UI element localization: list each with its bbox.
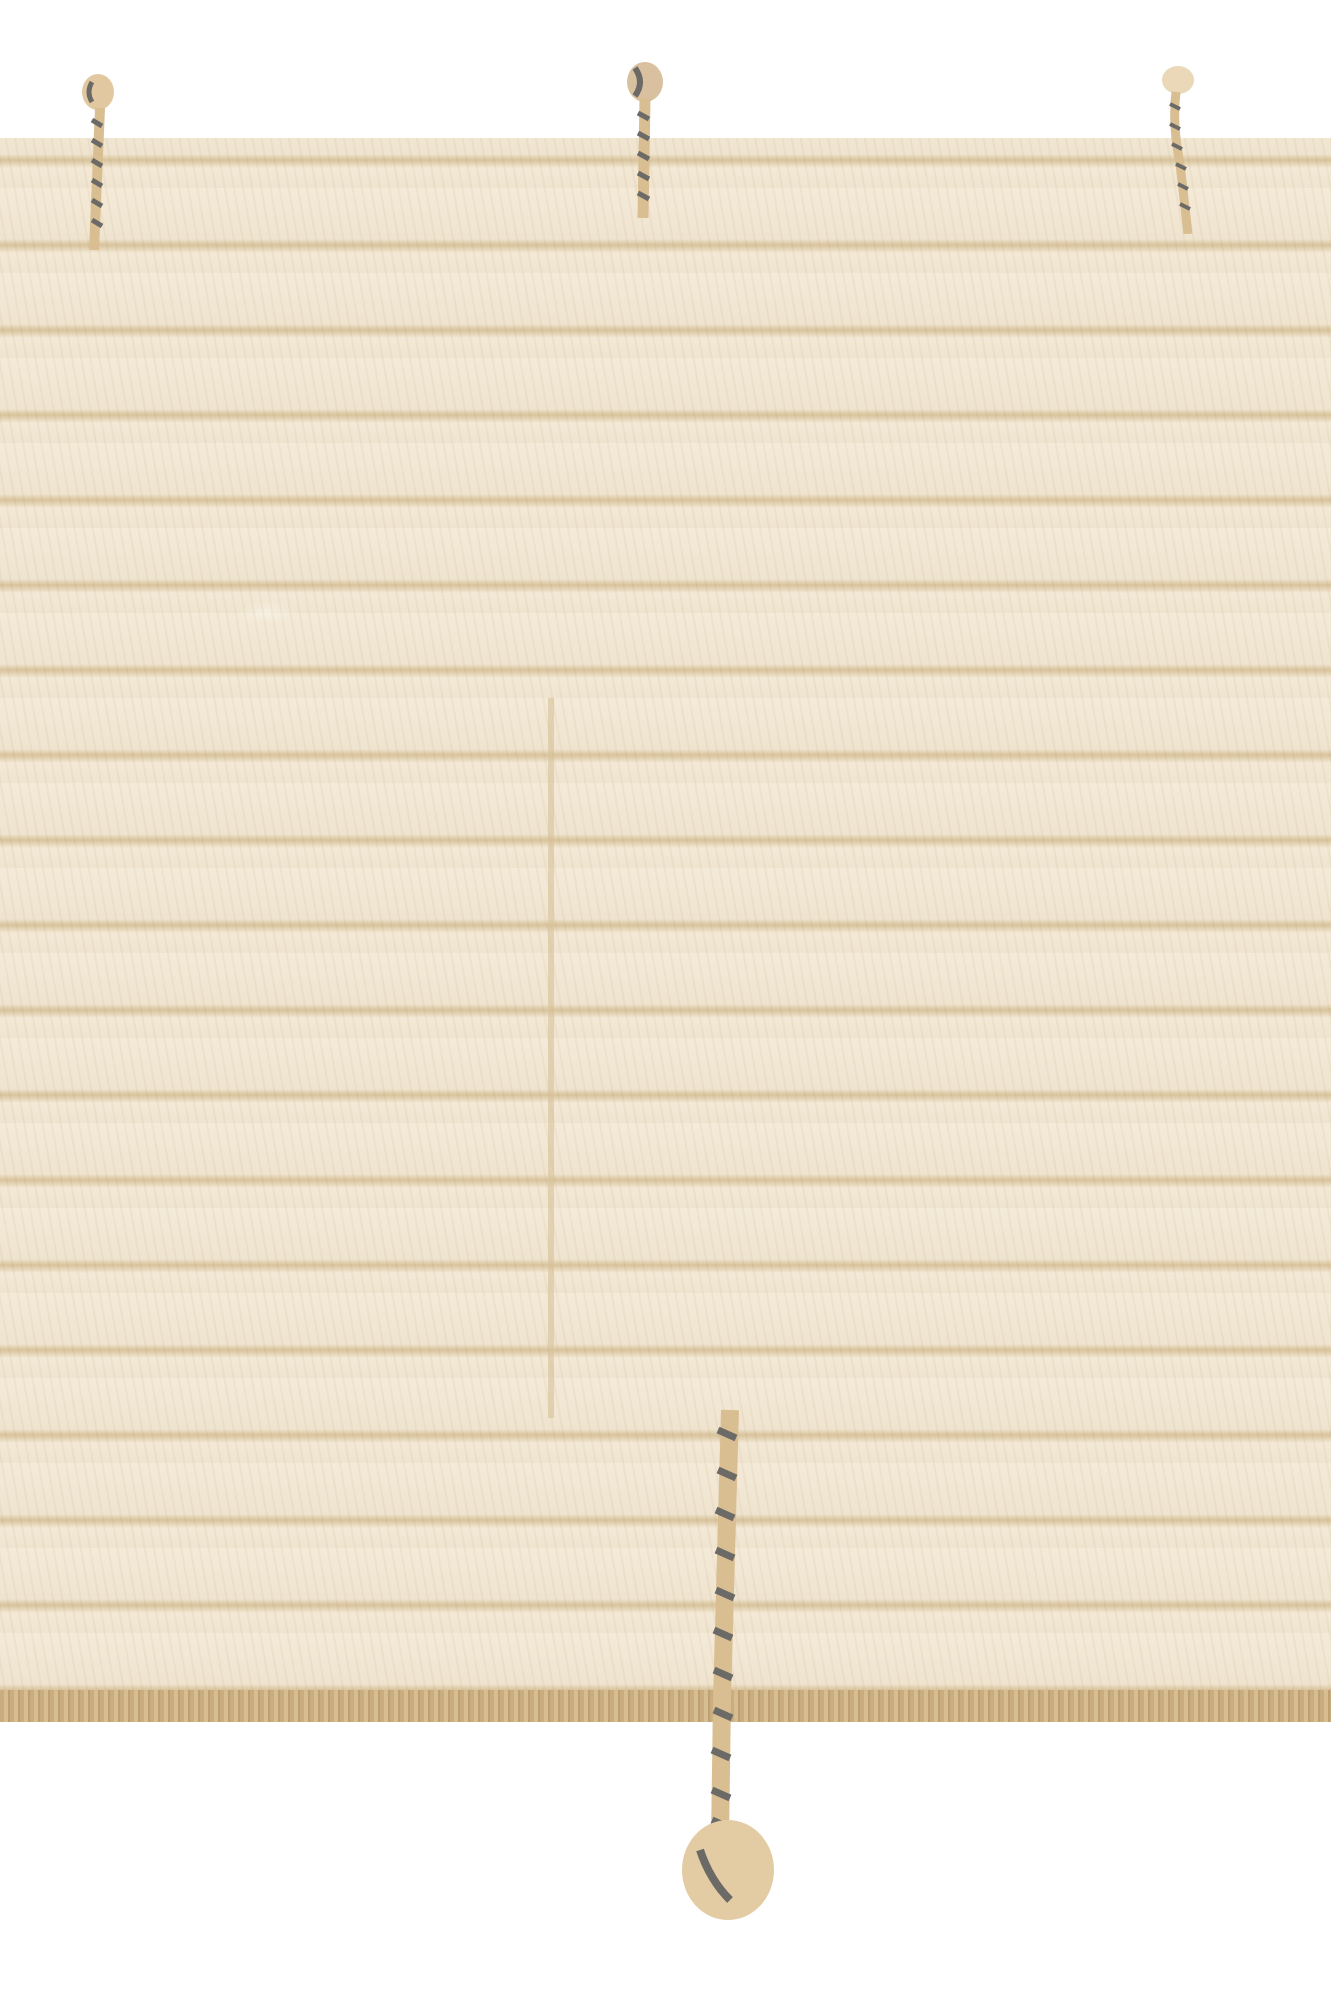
- braided-tassel-icon: [615, 58, 675, 218]
- braided-tassel-icon: [62, 70, 122, 250]
- product-photo: [0, 0, 1331, 2000]
- braided-tassel-icon: [1150, 64, 1210, 234]
- rug-center-seam: [548, 698, 554, 1418]
- braided-tassel-icon: [660, 1400, 800, 1940]
